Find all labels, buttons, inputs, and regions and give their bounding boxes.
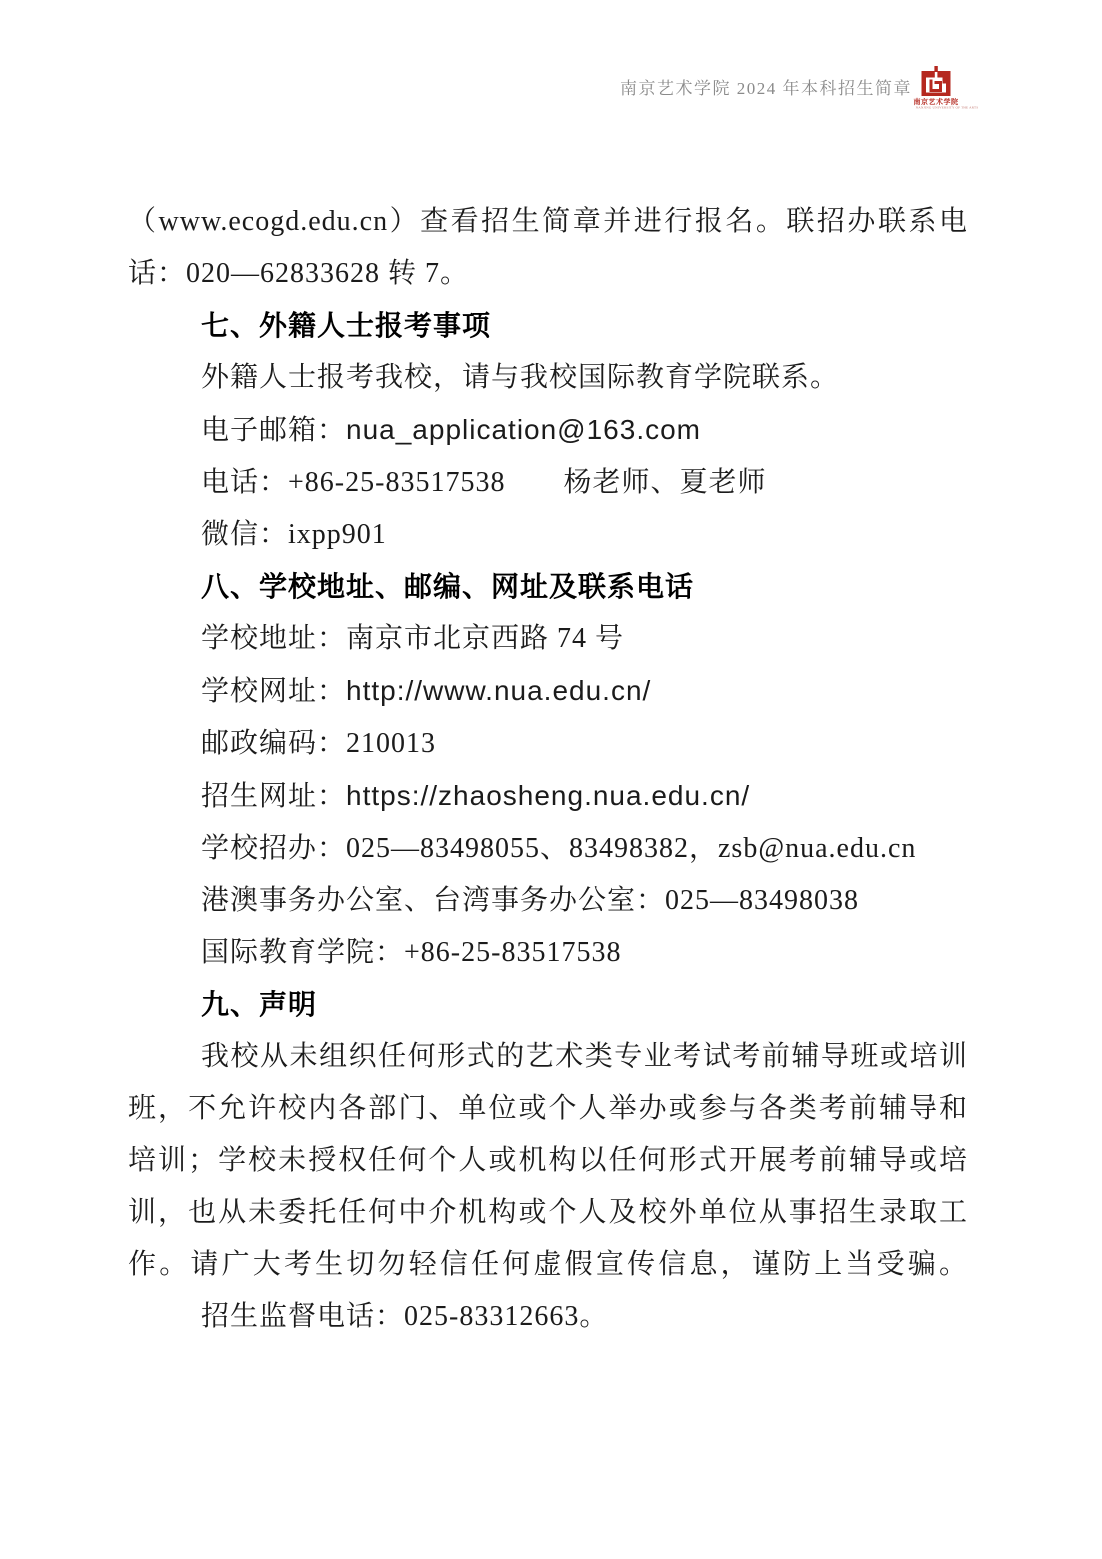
school-website-line-text: http://www.nua.edu.cn/: [346, 675, 651, 706]
heading-section-9-text: 九、声明: [201, 989, 317, 1020]
page-header-title: 南京艺术学院 2024 年本科招生简章: [620, 78, 912, 100]
university-seal-logo: 南京艺术学院 NANJING UNIVERSITY OF THE ARTS: [912, 66, 960, 110]
hk-macao-taiwan-office-line: 港澳事务办公室、台湾事务办公室：025—83498038: [128, 875, 968, 927]
school-address-line-text: 学校地址：南京市北京西路 74 号: [201, 623, 624, 654]
seal-caption-english: NANJING UNIVERSITY OF THE ARTS: [916, 106, 957, 109]
admissions-website-line-text: https://zhaosheng.nua.edu.cn/: [346, 780, 750, 811]
contact-phone-line-text: 电话：+86-25-83517538 杨老师、夏老师: [201, 467, 766, 498]
postal-code-line: 邮政编码：210013: [128, 718, 968, 770]
contact-email-line: 电子邮箱：nua_application@163.com: [128, 404, 968, 457]
contact-email-line-text: 电子邮箱：: [201, 415, 346, 446]
contact-wechat-line: 微信：ixpp901: [128, 509, 968, 561]
international-college-line: 国际教育学院：+86-25-83517538: [128, 927, 968, 979]
paragraph-foreign-applicants: 外籍人士报考我校，请与我校国际教育学院联系。: [128, 352, 968, 404]
heading-section-8-text: 八、学校地址、邮编、网址及联系电话: [201, 571, 694, 602]
document-page: 南京艺术学院 2024 年本科招生简章 南京艺术学院 NANJING UNIVE…: [0, 0, 1102, 1559]
contact-wechat-line-text: 微信：ixpp901: [201, 519, 387, 550]
paragraph-declaration-text: 我校从未组织任何形式的艺术类专业考试考前辅导班或培训班，不允许校内各部门、单位或…: [128, 1041, 968, 1280]
school-website-line: 学校网址：http://www.nua.edu.cn/: [128, 665, 968, 718]
heading-section-7: 七、外籍人士报考事项: [128, 300, 968, 352]
heading-section-9: 九、声明: [128, 979, 968, 1031]
paragraph-continuation: （www.ecogd.edu.cn）查看招生简章并进行报名。联招办联系电话：02…: [128, 196, 968, 300]
heading-section-7-text: 七、外籍人士报考事项: [201, 310, 491, 341]
admissions-website-line-text: 招生网址：: [201, 781, 346, 812]
postal-code-line-text: 邮政编码：210013: [201, 728, 436, 759]
international-college-line-text: 国际教育学院：+86-25-83517538: [201, 937, 621, 968]
paragraph-foreign-applicants-text: 外籍人士报考我校，请与我校国际教育学院联系。: [201, 362, 839, 393]
admissions-office-line-text: 学校招办：025—83498055、83498382，zsb@nua.edu.c…: [201, 833, 916, 864]
paragraph-continuation-text: （www.ecogd.edu.cn）查看招生简章并进行报名。联招办联系电话：02…: [128, 206, 968, 289]
school-website-line-text: 学校网址：: [201, 676, 346, 707]
supervision-phone-line: 招生监督电话：025-83312663。: [128, 1291, 968, 1343]
admissions-office-line: 学校招办：025—83498055、83498382，zsb@nua.edu.c…: [128, 823, 968, 875]
heading-section-8: 八、学校地址、邮编、网址及联系电话: [128, 561, 968, 613]
contact-email-line-text: nua_application@163.com: [346, 414, 701, 445]
hk-macao-taiwan-office-line-text: 港澳事务办公室、台湾事务办公室：025—83498038: [201, 885, 859, 916]
supervision-phone-line-text: 招生监督电话：025-83312663。: [201, 1301, 608, 1332]
document-body: （www.ecogd.edu.cn）查看招生简章并进行报名。联招办联系电话：02…: [128, 196, 968, 1343]
paragraph-declaration: 我校从未组织任何形式的艺术类专业考试考前辅导班或培训班，不允许校内各部门、单位或…: [128, 1031, 968, 1291]
contact-phone-line: 电话：+86-25-83517538 杨老师、夏老师: [128, 457, 968, 509]
admissions-website-line: 招生网址：https://zhaosheng.nua.edu.cn/: [128, 770, 968, 823]
seal-icon: [912, 66, 960, 97]
school-address-line: 学校地址：南京市北京西路 74 号: [128, 613, 968, 665]
